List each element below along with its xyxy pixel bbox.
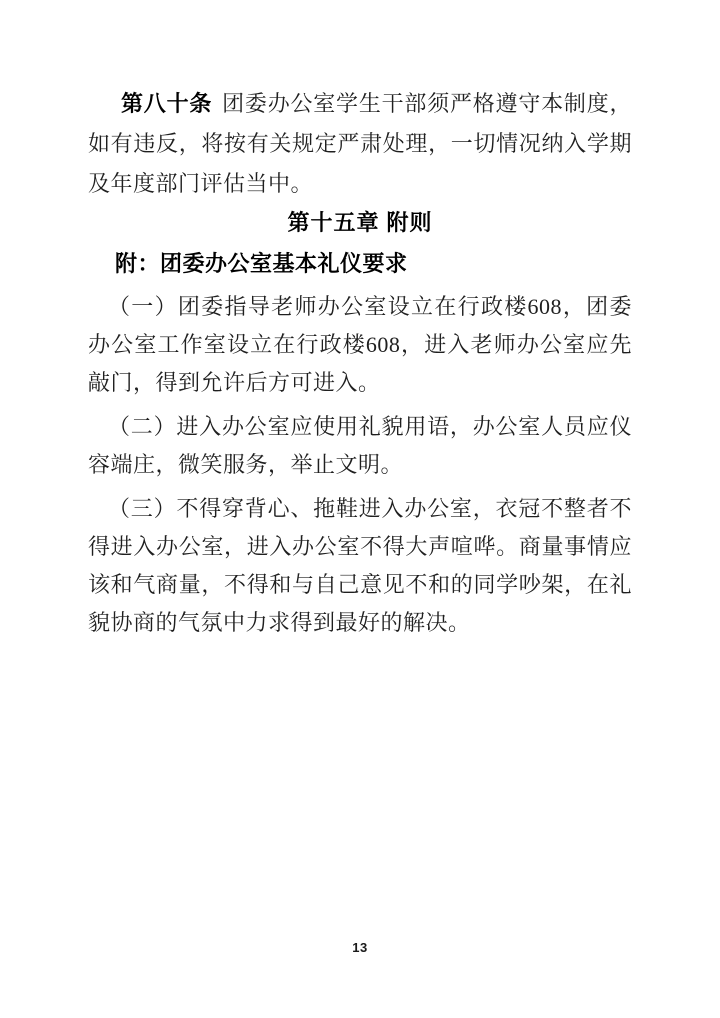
document-content: 第八十条团委办公室学生干部须严格遵守本制度，如有违反，将按有关规定严肃处理，一切…: [0, 0, 720, 642]
etiquette-item-3: （三）不得穿背心、拖鞋进入办公室，衣冠不整者不得进入办公室，进入办公室不得大声喧…: [88, 490, 632, 642]
attachment-heading: 附：团委办公室基本礼仪要求: [115, 246, 632, 282]
chapter-heading: 第十五章 附则: [88, 206, 632, 240]
page-number: 13: [0, 940, 720, 955]
etiquette-item-2: （二）进入办公室应使用礼貌用语，办公室人员应仪容端庄，微笑服务，举止文明。: [88, 408, 632, 484]
etiquette-item-1: （一）团委指导老师办公室设立在行政楼608，团委办公室工作室设立在行政楼608，…: [88, 288, 632, 402]
paragraph-article-80: 第八十条团委办公室学生干部须严格遵守本制度，如有违反，将按有关规定严肃处理，一切…: [88, 84, 632, 204]
article-number-label: 第八十条: [121, 91, 212, 116]
